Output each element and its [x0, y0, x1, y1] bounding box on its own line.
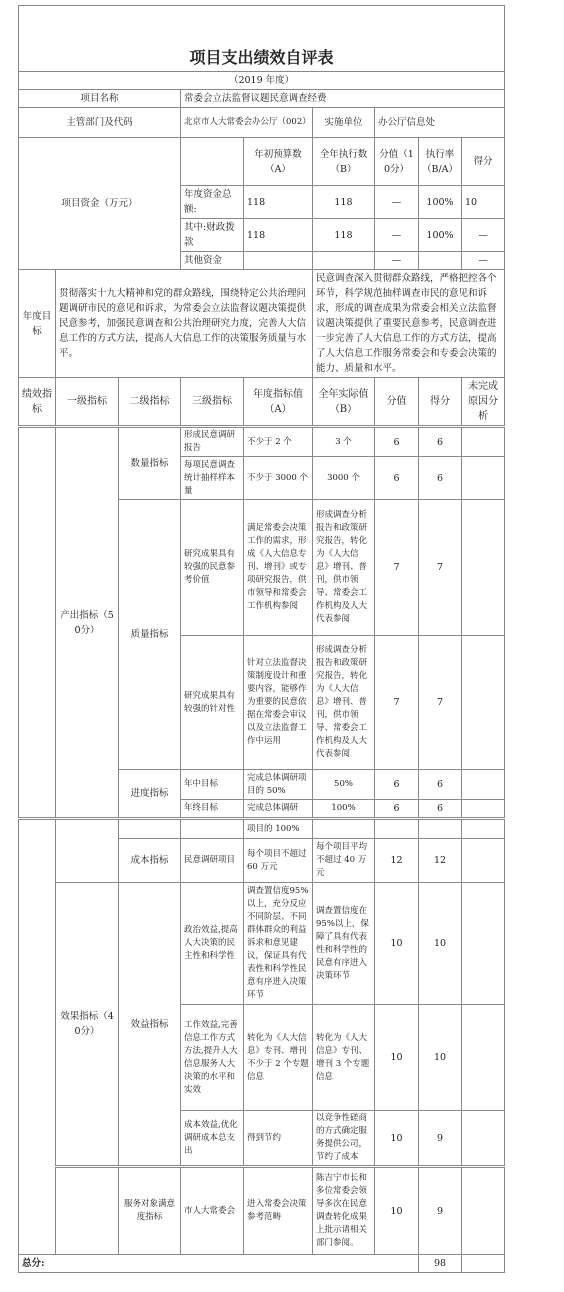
- impl-unit-value: 办公厅信息处: [375, 108, 505, 138]
- evaluation-table: 项目支出绩效自评表 （2019 年度） 项目名称 常委会立法监督议题民意调查经费…: [18, 5, 505, 1273]
- table-row: 服务对象满意度指标 市人大常委会 进入常委会决策参考范畴 陈吉宁市长和多位常委会…: [19, 1167, 505, 1255]
- funds-header-score: 得分: [462, 138, 505, 186]
- goal-label: 年度目标: [19, 270, 56, 378]
- funds-label: 项目资金（万元）: [19, 138, 181, 270]
- indicator-side-label: 绩效指标: [19, 378, 56, 427]
- goal-planned: 贯彻落实十九大精神和党的群众路线，围绕特定公共治理问题调研市民的意见和诉求，为常…: [56, 270, 313, 378]
- effect-indicator-label: 效果指标（40分）: [56, 883, 119, 1167]
- funds-header-b: 全年执行数（B）: [313, 138, 375, 186]
- dept-value: 北京市人大常委会办公厅（002）: [181, 108, 313, 138]
- funds-header-rate: 执行率（B/A）: [419, 138, 462, 186]
- total-row: 总分: 98: [19, 1255, 505, 1273]
- output-indicator-label: 产出指标（50分）: [56, 427, 119, 819]
- goal-actual: 民意调查深入贯彻群众路线，严格把控各个环节，科学规范抽样调查市民的意见和诉求，形…: [313, 270, 505, 378]
- dept-label: 主管部门及代码: [19, 108, 181, 138]
- table-row: 产出指标（50分） 数量指标 形成民意调研报告 不少于 2 个 3 个 6 6: [19, 427, 505, 457]
- performance-self-evaluation-sheet: 项目支出绩效自评表 （2019 年度） 项目名称 常委会立法监督议题民意调查经费…: [18, 5, 504, 1273]
- project-name-value: 常委会立法监督议题民意调查经费: [181, 90, 505, 108]
- year-label: （2019 年度）: [19, 72, 505, 90]
- page-title: 项目支出绩效自评表: [19, 6, 505, 72]
- total-label: 总分:: [19, 1255, 419, 1273]
- table-row: 效果指标（40分） 效益指标 政治效益,提高人大决策的民主性和科学性 调查置信度…: [19, 883, 505, 1005]
- table-row: 项目的 100%: [19, 819, 505, 839]
- project-name-label: 项目名称: [19, 90, 181, 108]
- impl-unit-label: 实施单位: [313, 108, 375, 138]
- funds-header-a: 年初预算数（A）: [244, 138, 313, 186]
- total-value: 98: [419, 1255, 462, 1273]
- funds-header-score-val: 分值（10分）: [375, 138, 419, 186]
